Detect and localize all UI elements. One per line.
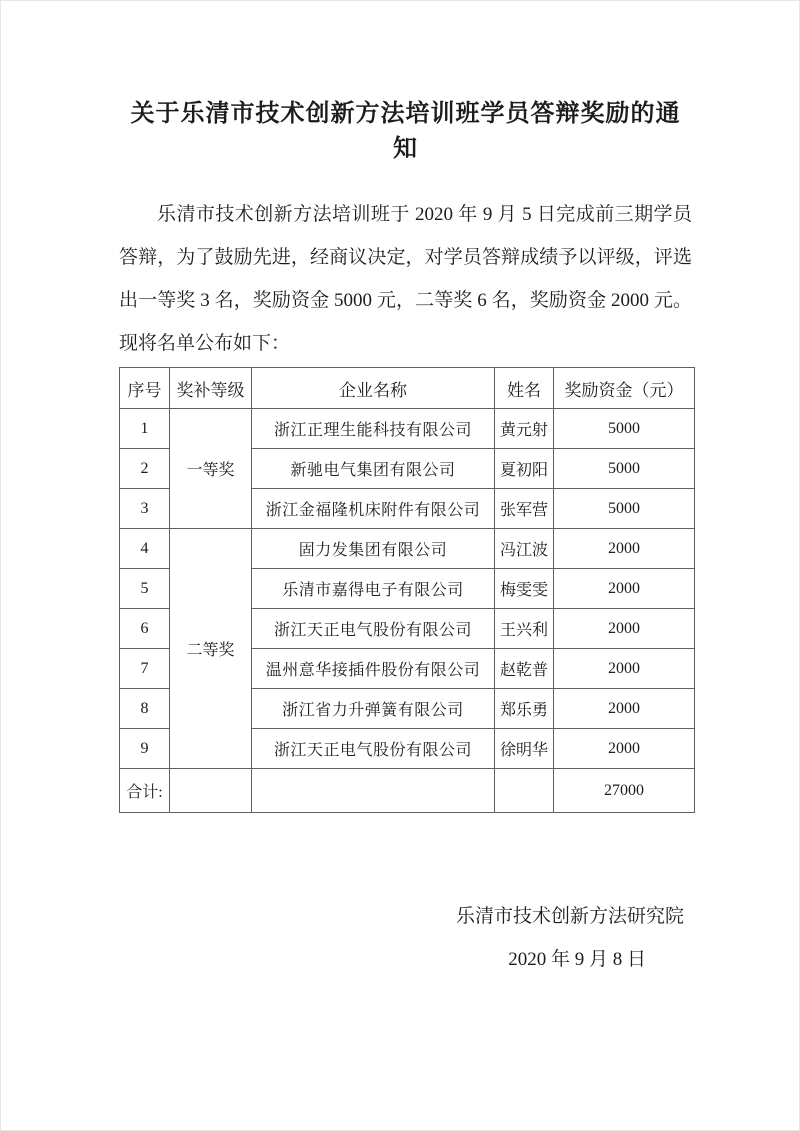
serial-number: 2 (120, 449, 170, 489)
signature-date: 2020 年 9 月 8 日 (119, 938, 692, 981)
awardee-name: 梅雯雯 (495, 569, 554, 609)
award-amount: 2000 (554, 569, 695, 609)
company-name: 浙江天正电气股份有限公司 (252, 729, 495, 769)
serial-number: 6 (120, 609, 170, 649)
award-amount: 5000 (554, 409, 695, 449)
empty-cell (252, 769, 495, 813)
company-name: 浙江正理生能科技有限公司 (252, 409, 495, 449)
awardee-name: 冯江波 (495, 529, 554, 569)
header-amount: 奖励资金（元） (554, 368, 695, 409)
company-name: 浙江省力升弹簧有限公司 (252, 689, 495, 729)
table-header-row: 序号 奖补等级 企业名称 姓名 奖励资金（元） (120, 368, 695, 409)
awardee-name: 夏初阳 (495, 449, 554, 489)
company-name: 温州意华接插件股份有限公司 (252, 649, 495, 689)
header-serial: 序号 (120, 368, 170, 409)
company-name: 浙江金福隆机床附件有限公司 (252, 489, 495, 529)
award-amount: 2000 (554, 689, 695, 729)
company-name: 乐清市嘉得电子有限公司 (252, 569, 495, 609)
document-title: 关于乐清市技术创新方法培训班学员答辩奖励的通知 (119, 1, 692, 167)
total-label: 合计: (120, 769, 170, 813)
document-page: 关于乐清市技术创新方法培训班学员答辩奖励的通知 乐清市技术创新方法培训班于 20… (1, 1, 799, 981)
grade-label: 一等奖 (170, 409, 252, 529)
table-row: 4二等奖固力发集团有限公司冯江波2000 (120, 529, 695, 569)
empty-cell (170, 769, 252, 813)
awardee-name: 黄元射 (495, 409, 554, 449)
total-amount: 27000 (554, 769, 695, 813)
paragraph-line-1: 乐清市技术创新方法培训班于 2020 年 9 月 5 日完成前三期学员 (119, 193, 692, 236)
awardee-name: 徐明华 (495, 729, 554, 769)
serial-number: 5 (120, 569, 170, 609)
award-amount: 5000 (554, 489, 695, 529)
serial-number: 3 (120, 489, 170, 529)
paragraph-line-3: 出一等奖 3 名，奖励资金 5000 元，二等奖 6 名，奖励资金 2000 元… (119, 279, 692, 322)
serial-number: 7 (120, 649, 170, 689)
table-row: 1一等奖浙江正理生能科技有限公司黄元射5000 (120, 409, 695, 449)
empty-cell (495, 769, 554, 813)
awardee-name: 赵乾普 (495, 649, 554, 689)
awardee-name: 郑乐勇 (495, 689, 554, 729)
serial-number: 9 (120, 729, 170, 769)
serial-number: 4 (120, 529, 170, 569)
table-total-row: 合计:27000 (120, 769, 695, 813)
header-company: 企业名称 (252, 368, 495, 409)
signature-organization: 乐清市技术创新方法研究院 (119, 895, 692, 938)
header-name: 姓名 (495, 368, 554, 409)
serial-number: 8 (120, 689, 170, 729)
company-name: 浙江天正电气股份有限公司 (252, 609, 495, 649)
award-table: 序号 奖补等级 企业名称 姓名 奖励资金（元） 1一等奖浙江正理生能科技有限公司… (119, 367, 695, 813)
company-name: 固力发集团有限公司 (252, 529, 495, 569)
grade-label: 二等奖 (170, 529, 252, 769)
paragraph-line-2: 答辩，为了鼓励先进，经商议决定，对学员答辩成绩予以评级，评选 (119, 236, 692, 279)
award-amount: 5000 (554, 449, 695, 489)
awardee-name: 张军营 (495, 489, 554, 529)
body-paragraph: 乐清市技术创新方法培训班于 2020 年 9 月 5 日完成前三期学员 答辩，为… (119, 193, 692, 365)
award-amount: 2000 (554, 649, 695, 689)
signature-block: 乐清市技术创新方法研究院 2020 年 9 月 8 日 (119, 895, 692, 981)
award-amount: 2000 (554, 529, 695, 569)
company-name: 新驰电气集团有限公司 (252, 449, 495, 489)
serial-number: 1 (120, 409, 170, 449)
awardee-name: 王兴利 (495, 609, 554, 649)
paragraph-line-4: 现将名单公布如下： (119, 322, 692, 365)
award-amount: 2000 (554, 729, 695, 769)
header-grade: 奖补等级 (170, 368, 252, 409)
award-amount: 2000 (554, 609, 695, 649)
